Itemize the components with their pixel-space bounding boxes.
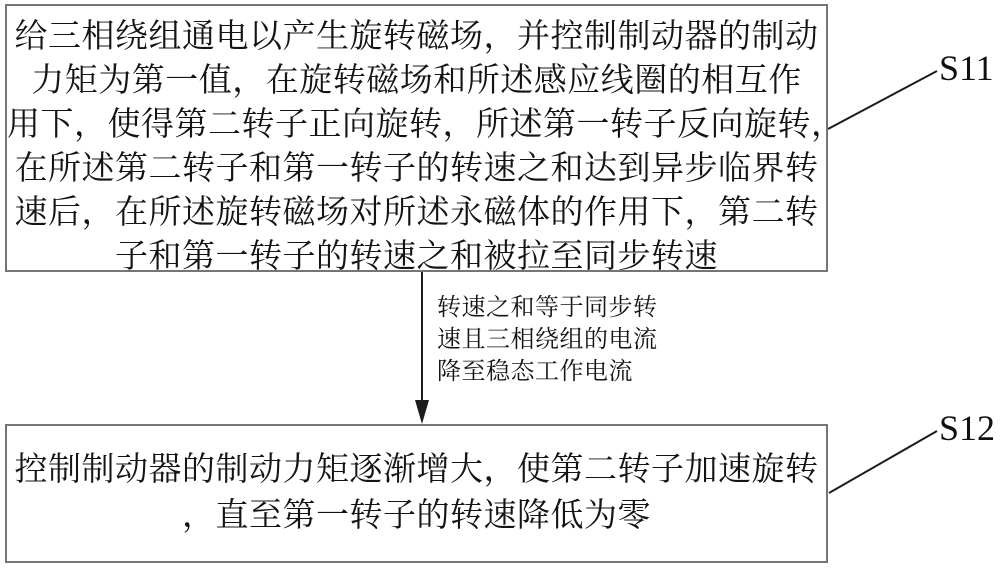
step-label-s12: S12	[939, 410, 995, 446]
step1-text-line: 在所述第二转子和第一转子的转速之和达到异步临界转	[7, 147, 826, 191]
arrow-head	[415, 400, 429, 424]
step-box-s12: 控制制动器的制动力矩逐渐增大，使第二转子加速旋转 ，直至第一转子的转速降低为零	[5, 424, 828, 563]
flowchart-figure: 给三相绕组通电以产生旋转磁场，并控制制动器的制动 力矩为第一值，在旋转磁场和所述…	[0, 0, 1000, 568]
step1-text-line: 力矩为第一值，在旋转磁场和所述感应线圈的相互作	[7, 59, 826, 103]
transition-text-line: 速且三相绕组的电流	[437, 324, 658, 356]
step1-text-line: 速后，在所述旋转磁场对所述永磁体的作用下，第二转	[7, 191, 826, 235]
transition-text-line: 降至稳态工作电流	[437, 356, 658, 388]
step1-text-line: 给三相绕组通电以产生旋转磁场，并控制制动器的制动	[7, 15, 826, 59]
s12-leader-line	[829, 431, 937, 493]
step2-text-line: 控制制动器的制动力矩逐渐增大，使第二转子加速旋转	[7, 447, 826, 493]
transition-condition-note: 转速之和等于同步转 速且三相绕组的电流 降至稳态工作电流	[437, 292, 658, 388]
step1-text-line: 子和第一转子的转速之和被拉至同步转速	[7, 235, 826, 279]
transition-text-line: 转速之和等于同步转	[437, 292, 658, 324]
step1-text-line: 用下，使得第二转子正向旋转，所述第一转子反向旋转，	[7, 103, 826, 147]
step-box-s11: 给三相绕组通电以产生旋转磁场，并控制制动器的制动 力矩为第一值，在旋转磁场和所述…	[5, 4, 828, 272]
step-label-s11: S11	[939, 50, 994, 86]
step2-text-line: ，直至第一转子的转速降低为零	[7, 493, 826, 539]
